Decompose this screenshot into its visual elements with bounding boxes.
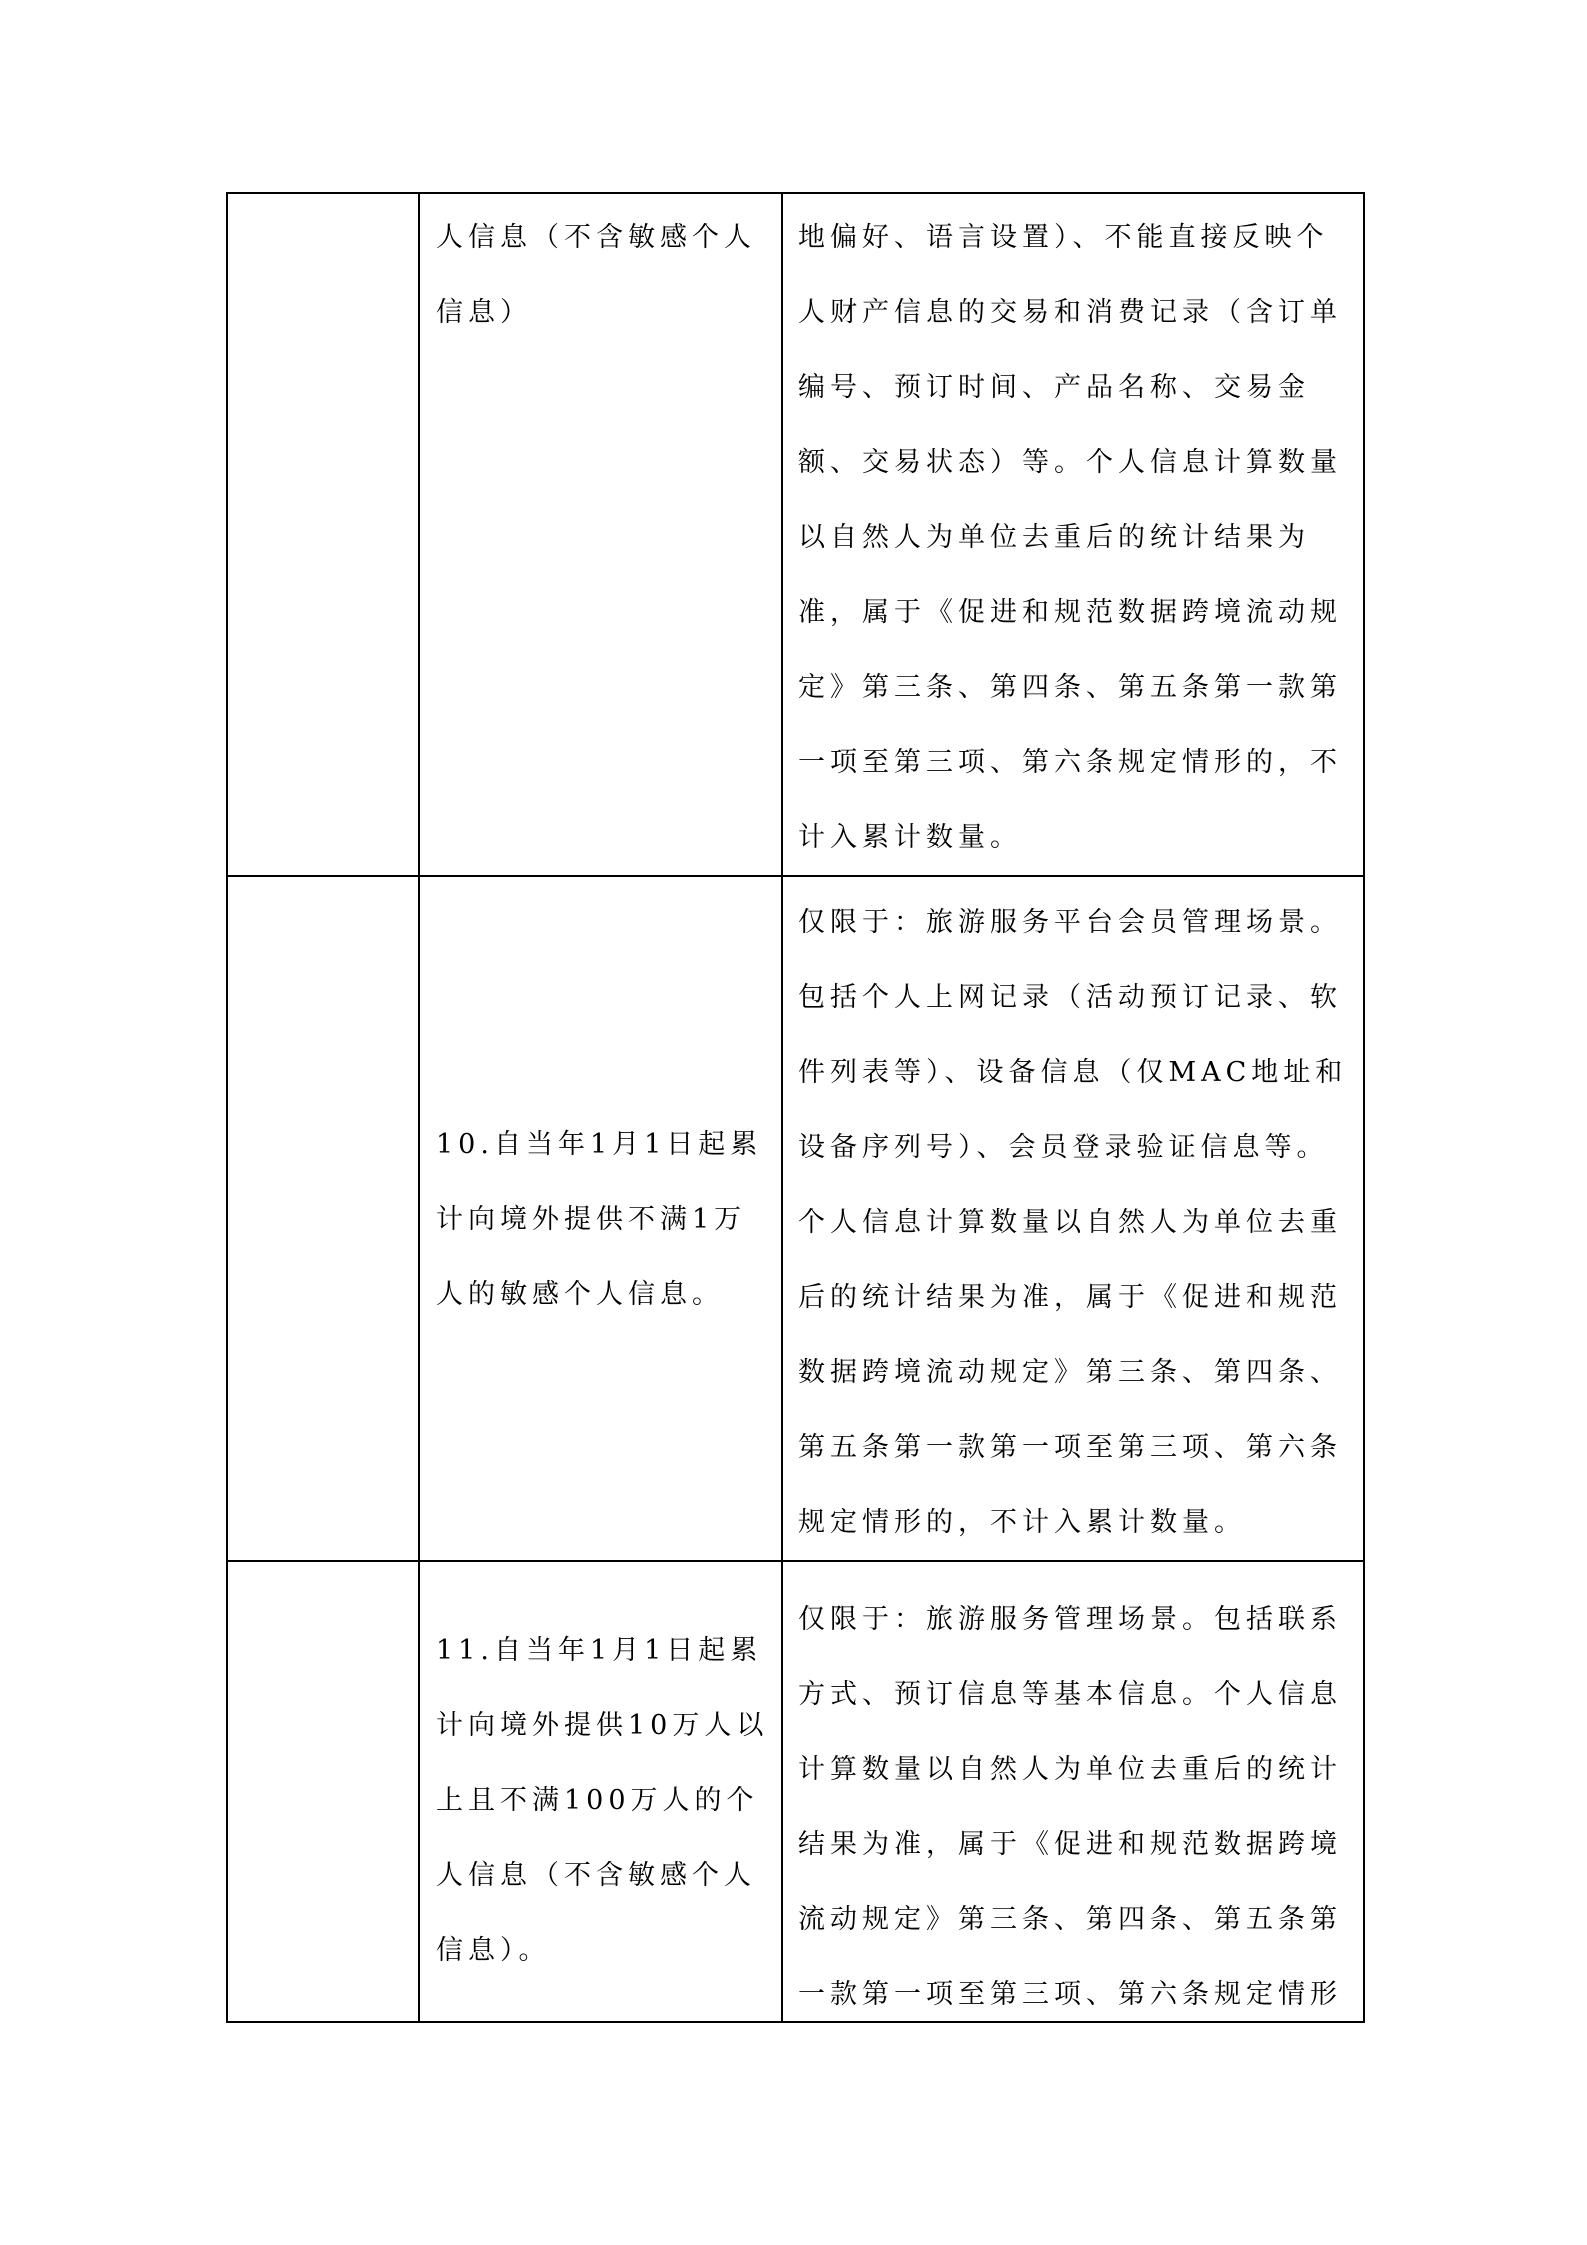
condition-cell: 10.自当年1月1日起累计向境外提供不满1万人的敏感个人信息。 [419, 876, 782, 1561]
condition-cell: 人信息（不含敏感个人信息） [419, 193, 782, 876]
data-export-list-table: 人信息（不含敏感个人信息） 地偏好、语言设置）、不能直接反映个人财产信息的交易和… [226, 192, 1365, 2023]
document-page: 人信息（不含敏感个人信息） 地偏好、语言设置）、不能直接反映个人财产信息的交易和… [0, 0, 1587, 2245]
description-cell: 仅限于：旅游服务管理场景。包括联系方式、预订信息等基本信息。个人信息计算数量以自… [782, 1561, 1364, 2022]
condition-text: 11.自当年1月1日起累计向境外提供10万人以上且不满100万人的个人信息（不含… [420, 1562, 781, 1988]
table-row: 人信息（不含敏感个人信息） 地偏好、语言设置）、不能直接反映个人财产信息的交易和… [227, 193, 1364, 876]
description-cell: 地偏好、语言设置）、不能直接反映个人财产信息的交易和消费记录（含订单编号、预订时… [782, 193, 1364, 876]
category-cell [227, 193, 419, 876]
table-row: 11.自当年1月1日起累计向境外提供10万人以上且不满100万人的个人信息（不含… [227, 1561, 1364, 2022]
condition-text: 10.自当年1月1日起累计向境外提供不满1万人的敏感个人信息。 [420, 877, 781, 1332]
category-cell [227, 1561, 419, 2022]
description-text: 地偏好、语言设置）、不能直接反映个人财产信息的交易和消费记录（含订单编号、预订时… [783, 194, 1363, 875]
table-row: 10.自当年1月1日起累计向境外提供不满1万人的敏感个人信息。 仅限于：旅游服务… [227, 876, 1364, 1561]
description-text: 仅限于：旅游服务平台会员管理场景。包括个人上网记录（活动预订记录、软件列表等）、… [783, 877, 1363, 1560]
condition-text: 人信息（不含敏感个人信息） [420, 194, 781, 350]
description-cell: 仅限于：旅游服务平台会员管理场景。包括个人上网记录（活动预订记录、软件列表等）、… [782, 876, 1364, 1561]
category-cell [227, 876, 419, 1561]
condition-cell: 11.自当年1月1日起累计向境外提供10万人以上且不满100万人的个人信息（不含… [419, 1561, 782, 2022]
description-text: 仅限于：旅游服务管理场景。包括联系方式、预订信息等基本信息。个人信息计算数量以自… [783, 1562, 1363, 2021]
